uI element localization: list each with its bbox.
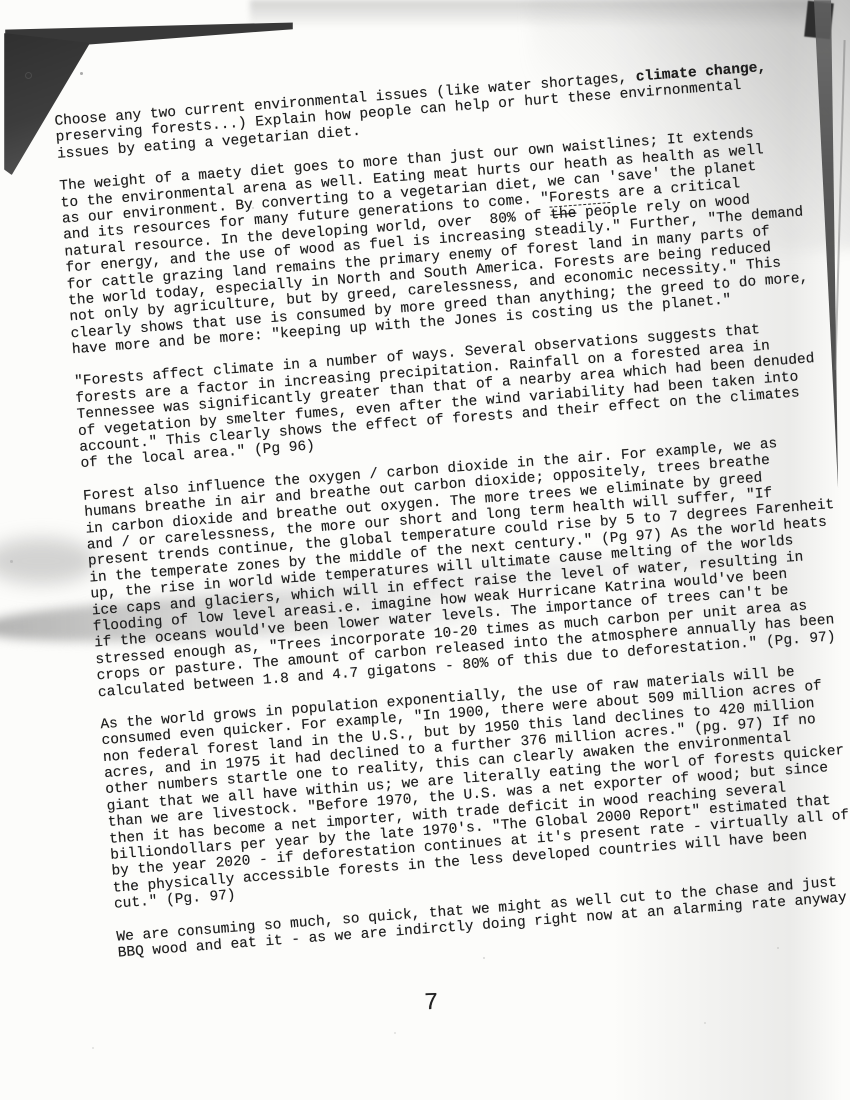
scan-speck (80, 72, 83, 75)
paragraph-oxygen-carbon: Forest also influence the oxygen / carbo… (83, 428, 850, 702)
scan-speck (92, 1047, 94, 1049)
scan-speck (777, 947, 779, 949)
scan-smudge-left (0, 538, 97, 584)
scan-speck-ring (25, 72, 32, 79)
paragraph-raw-materials: As the world grows in population exponen… (100, 656, 850, 913)
scan-speck (394, 1032, 396, 1034)
scan-speck (483, 957, 485, 959)
scan-speck (10, 560, 13, 563)
scan-speck (704, 1022, 706, 1024)
page-number: 7 (424, 990, 439, 1017)
paragraph-intro: The weight of a maety diet goes to more … (59, 118, 850, 359)
scanned-page: Choose any two current environmental iss… (0, 0, 850, 1100)
document-body: Choose any two current environmental iss… (54, 53, 850, 978)
text-segment-strike: the (550, 205, 577, 223)
